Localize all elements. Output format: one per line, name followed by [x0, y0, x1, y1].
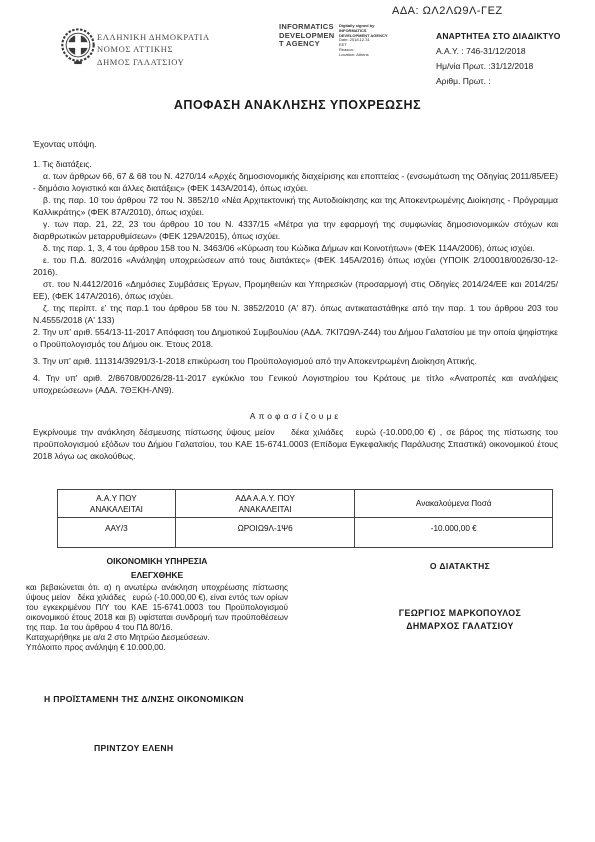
registered-line: Καταχωρήθηκε με α/α 2 στο Μητρώο Δεσμεύσ…: [26, 633, 288, 643]
signature-line: Location: Athens: [339, 53, 388, 58]
header-line: ΑΝΑΚΑΛΕΙΤΑΙ: [180, 504, 351, 515]
hellenic-republic-emblem: [59, 26, 97, 66]
revocation-table: Α.Α.Υ ΠΟΥ ΑΝΑΚΑΛΕΙΤΑΙ ΑΔΑ Α.Α.Υ. ΠΟΥ ΑΝΑ…: [57, 489, 553, 548]
checked-label: ΕΛΕΓΧΘΗΚΕ: [26, 570, 288, 580]
ida-stamp: INFORMATICS DEVELOPMEN T AGENCY: [279, 23, 335, 49]
document-page: ΑΔΑ: ΩΛ2ΛΩ9Λ-ΓΕΖ ΕΛΛΗΝΙΚΗ ΔΗΜΟΚΡΑΤΙΑ ΝΟΜ…: [0, 0, 595, 842]
balance-line: Υπόλοιπο προς ανάληψη € 10.000,00.: [26, 643, 288, 653]
finance-director-title: Η ΠΡΟΪΣΤΑΜΕΝΗ ΤΗΣ Δ/ΝΣΗΣ ΟΙΚΟΝΟΜΙΚΩΝ: [44, 694, 244, 704]
table-header-amount: Ανακαλούμενα Ποσά: [355, 490, 553, 518]
cell-amount: -10.000,00 €: [355, 518, 553, 548]
legal-item: στ. του Ν.4412/2016 «Δημόσιες Συμβάσεις …: [33, 278, 558, 302]
org-line-municipality: ΔΗΜΟΣ ΓΑΛΑΤΣΙΟΥ: [97, 56, 210, 68]
table-row: ΑΑΥ/3 ΩΡΟΙΩ9Λ-1Ψ6 -10.000,00 €: [58, 518, 553, 548]
page-title: ΑΠΟΦΑΣΗ ΑΝΑΚΛΗΣΗΣ ΥΠΟΧΡΕΩΣΗΣ: [0, 98, 595, 112]
protocol-meta: ΑΝΑΡΤΗΤΕΑ ΣΤΟ ΔΙΑΔΙΚΤΥΟ Α.Α.Υ. : 746-31/…: [436, 29, 561, 89]
ida-line: T AGENCY: [279, 40, 335, 49]
table-header-aay: Α.Α.Υ ΠΟΥ ΑΝΑΚΑΛΕΙΤΑΙ: [58, 490, 176, 518]
issuing-authority: ΕΛΛΗΝΙΚΗ ΔΗΜΟΚΡΑΤΙΑ ΝΟΜΟΣ ΑΤΤΙΚΗΣ ΔΗΜΟΣ …: [97, 31, 210, 68]
legal-item: 4. Την υπ' αριθ. 2/86708/0026/28-11-2017…: [33, 372, 558, 396]
org-line-prefecture: ΝΟΜΟΣ ΑΤΤΙΚΗΣ: [97, 43, 210, 55]
protocol-number: Αριθμ. Πρωτ. :: [436, 74, 561, 89]
legal-item: 2. Την υπ' αριθ. 554/13-11-2017 Απόφαση …: [33, 326, 558, 350]
ordering-officer-signature: ΓΕΩΡΓΙΟΣ ΜΑΡΚΟΠΟΥΛΟΣ ΔΗΜΑΡΧΟΣ ΓΑΛΑΤΣΙΟΥ: [370, 607, 550, 632]
legal-item: 3. Την υπ' αριθ. 111314/39291/3-1-2018 ε…: [33, 355, 558, 367]
posted-on-web-label: ΑΝΑΡΤΗΤΕΑ ΣΤΟ ΔΙΑΔΙΚΤΥΟ: [436, 29, 561, 44]
aay-number: Α.Α.Υ. : 746-31/12/2018: [436, 44, 561, 59]
protocol-date: Ημ/νία Πρωτ. :31/12/2018: [436, 59, 561, 74]
verification-text: και βεβαιώνεται ότι. α) η ανωτέρω ανάκλη…: [26, 583, 288, 633]
legal-item: ζ. της περίπτ. ε' της παρ.1 του άρθρου 5…: [33, 302, 558, 326]
org-line-republic: ΕΛΛΗΝΙΚΗ ΔΗΜΟΚΡΑΤΙΑ: [97, 31, 210, 43]
decision-heading: Αποφασίζουμε: [33, 410, 558, 422]
ordering-officer-title: Ο ΔΙΑΤΑΚΤΗΣ: [370, 561, 550, 571]
finance-dept-label: ΟΙΚΟΝΟΜΙΚΗ ΥΠΗΡΕΣΙΑ: [26, 556, 288, 566]
cell-ada: ΩΡΟΙΩ9Λ-1Ψ6: [175, 518, 355, 548]
legal-item: α. των άρθρων 66, 67 & 68 του Ν. 4270/14…: [33, 170, 558, 194]
legal-item: 1. Τις διατάξεις.: [33, 158, 558, 170]
header-line: Α.Α.Υ ΠΟΥ: [62, 493, 171, 504]
table-header-row: Α.Α.Υ ΠΟΥ ΑΝΑΚΑΛΕΙΤΑΙ ΑΔΑ Α.Α.Υ. ΠΟΥ ΑΝΑ…: [58, 490, 553, 518]
legal-item: γ. των παρ. 21, 22, 23 του άρθρου 10 του…: [33, 218, 558, 242]
legal-item: β. της παρ. 10 του άρθρου 72 του Ν. 3852…: [33, 194, 558, 218]
finance-director-name: ΠΡΙΝΤΖΟΥ ΕΛΕΝΗ: [94, 743, 173, 753]
table-header-ada: ΑΔΑ Α.Α.Υ. ΠΟΥ ΑΝΑΚΑΛΕΙΤΑΙ: [175, 490, 355, 518]
legal-item: ε. του Π.Δ. 80/2016 «Ανάληψη υποχρεώσεων…: [33, 254, 558, 278]
ordering-officer-name: ΓΕΩΡΓΙΟΣ ΜΑΡΚΟΠΟΥΛΟΣ: [370, 607, 550, 620]
decision-text: Εγκρίνουμε την ανάκληση δέσμευσης πίστωσ…: [33, 426, 558, 462]
digital-signature-details: Digitally signed by INFORMATICS DEVELOPM…: [339, 24, 388, 58]
ordering-officer-role: ΔΗΜΑΡΧΟΣ ΓΑΛΑΤΣΙΟΥ: [370, 620, 550, 633]
having-regard: Έχοντας υπόψη.: [33, 138, 558, 150]
header-line: Ανακαλούμενα Ποσά: [359, 498, 548, 509]
finance-office-block: ΟΙΚΟΝΟΜΙΚΗ ΥΠΗΡΕΣΙΑ ΕΛΕΓΧΘΗΚΕ και βεβαιώ…: [26, 556, 288, 653]
document-body: Έχοντας υπόψη. 1. Τις διατάξεις. α. των …: [33, 138, 558, 462]
header-line: ΑΔΑ Α.Α.Υ. ΠΟΥ: [180, 493, 351, 504]
header-line: ΑΝΑΚΑΛΕΙΤΑΙ: [62, 504, 171, 515]
cell-aay: ΑΑΥ/3: [58, 518, 176, 548]
coat-of-arms-icon: [59, 26, 97, 66]
legal-item: δ. της παρ. 1, 3, 4 του άρθρου 158 του Ν…: [33, 242, 558, 254]
ada-number: ΑΔΑ: ΩΛ2ΛΩ9Λ-ΓΕΖ: [392, 5, 503, 17]
